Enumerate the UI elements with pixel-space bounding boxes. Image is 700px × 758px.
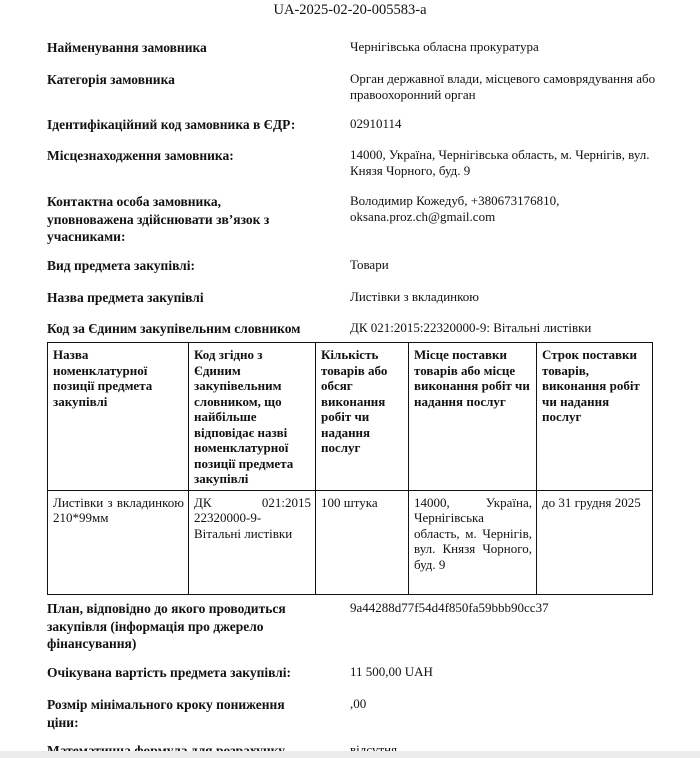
field-label: План, відповідно до якого проводиться за…: [47, 600, 309, 653]
cell-cpv-code: ДК 021:2015 22320000-9- Вітальні листівк…: [189, 490, 316, 594]
field-value: 9a44288d77f54d4f850fa59bbb90cc37: [350, 600, 670, 616]
table-row: Листівки з вкладинкою 210*99мм ДК 021:20…: [48, 490, 653, 594]
field-label: Очікувана вартість предмета закупівлі:: [47, 664, 347, 682]
header-delivery-term: Строк поставки товарів, виконання робіт …: [537, 343, 653, 491]
field-value: Чернігівська обласна прокуратура: [350, 39, 670, 55]
field-value: ДК 021:2015:22320000-9: Вітальні листівк…: [350, 320, 670, 336]
field-value: 14000, Україна, Чернігівська область, м.…: [350, 147, 665, 178]
field-label: Найменування замовника: [47, 39, 332, 57]
field-value: Орган державної влади, місцевого самовря…: [350, 71, 670, 102]
field-value: Володимир Кожедуб, +380673176810, oksana…: [350, 193, 670, 224]
header-delivery-place: Місце поставки товарів або місце виконан…: [409, 343, 537, 491]
viewer-bottom-edge: [0, 751, 700, 758]
field-value: 02910114: [350, 116, 670, 132]
field-label: Категорія замовника: [47, 71, 332, 89]
cell-quantity: 100 штука: [316, 490, 409, 594]
field-label: Місцезнаходження замовника:: [47, 147, 332, 165]
field-value: Листівки з вкладинкою: [350, 289, 670, 305]
field-value: ,00: [350, 696, 670, 712]
header-item-name: Назва номенклатурної позиції предмета за…: [48, 343, 189, 491]
contact-name-phone: Володимир Кожедуб, +380673176810,: [350, 193, 670, 209]
field-value: 11 500,00 UAH: [350, 664, 670, 680]
cell-item-name: Листівки з вкладинкою 210*99мм: [48, 490, 189, 594]
table-header-row: Назва номенклатурної позиції предмета за…: [48, 343, 653, 491]
items-table: Назва номенклатурної позиції предмета за…: [47, 342, 653, 595]
field-label: Код за Єдиним закупівельним словником: [47, 320, 347, 338]
contact-email[interactable]: oksana.proz.ch@gmail.com: [350, 209, 670, 225]
field-label: Вид предмета закупівлі:: [47, 257, 332, 275]
field-label: Контактна особа замовника, уповноважена …: [47, 193, 297, 246]
cell-delivery-term: до 31 грудня 2025: [537, 490, 653, 594]
document-id: UA-2025-02-20-005583-a: [0, 1, 700, 19]
header-cpv-code: Код згідно з Єдиним закупівельним словни…: [189, 343, 316, 491]
cell-delivery-place: 14000, Україна, Чернігівська область, м.…: [409, 490, 537, 594]
field-value: Товари: [350, 257, 670, 273]
field-label: Розмір мінімального кроку пониження ціни…: [47, 696, 309, 731]
field-label: Назва предмета закупівлі: [47, 289, 332, 307]
field-label: Ідентифікаційний код замовника в ЄДР:: [47, 116, 332, 134]
header-quantity: Кількість товарів або обсяг виконання ро…: [316, 343, 409, 491]
